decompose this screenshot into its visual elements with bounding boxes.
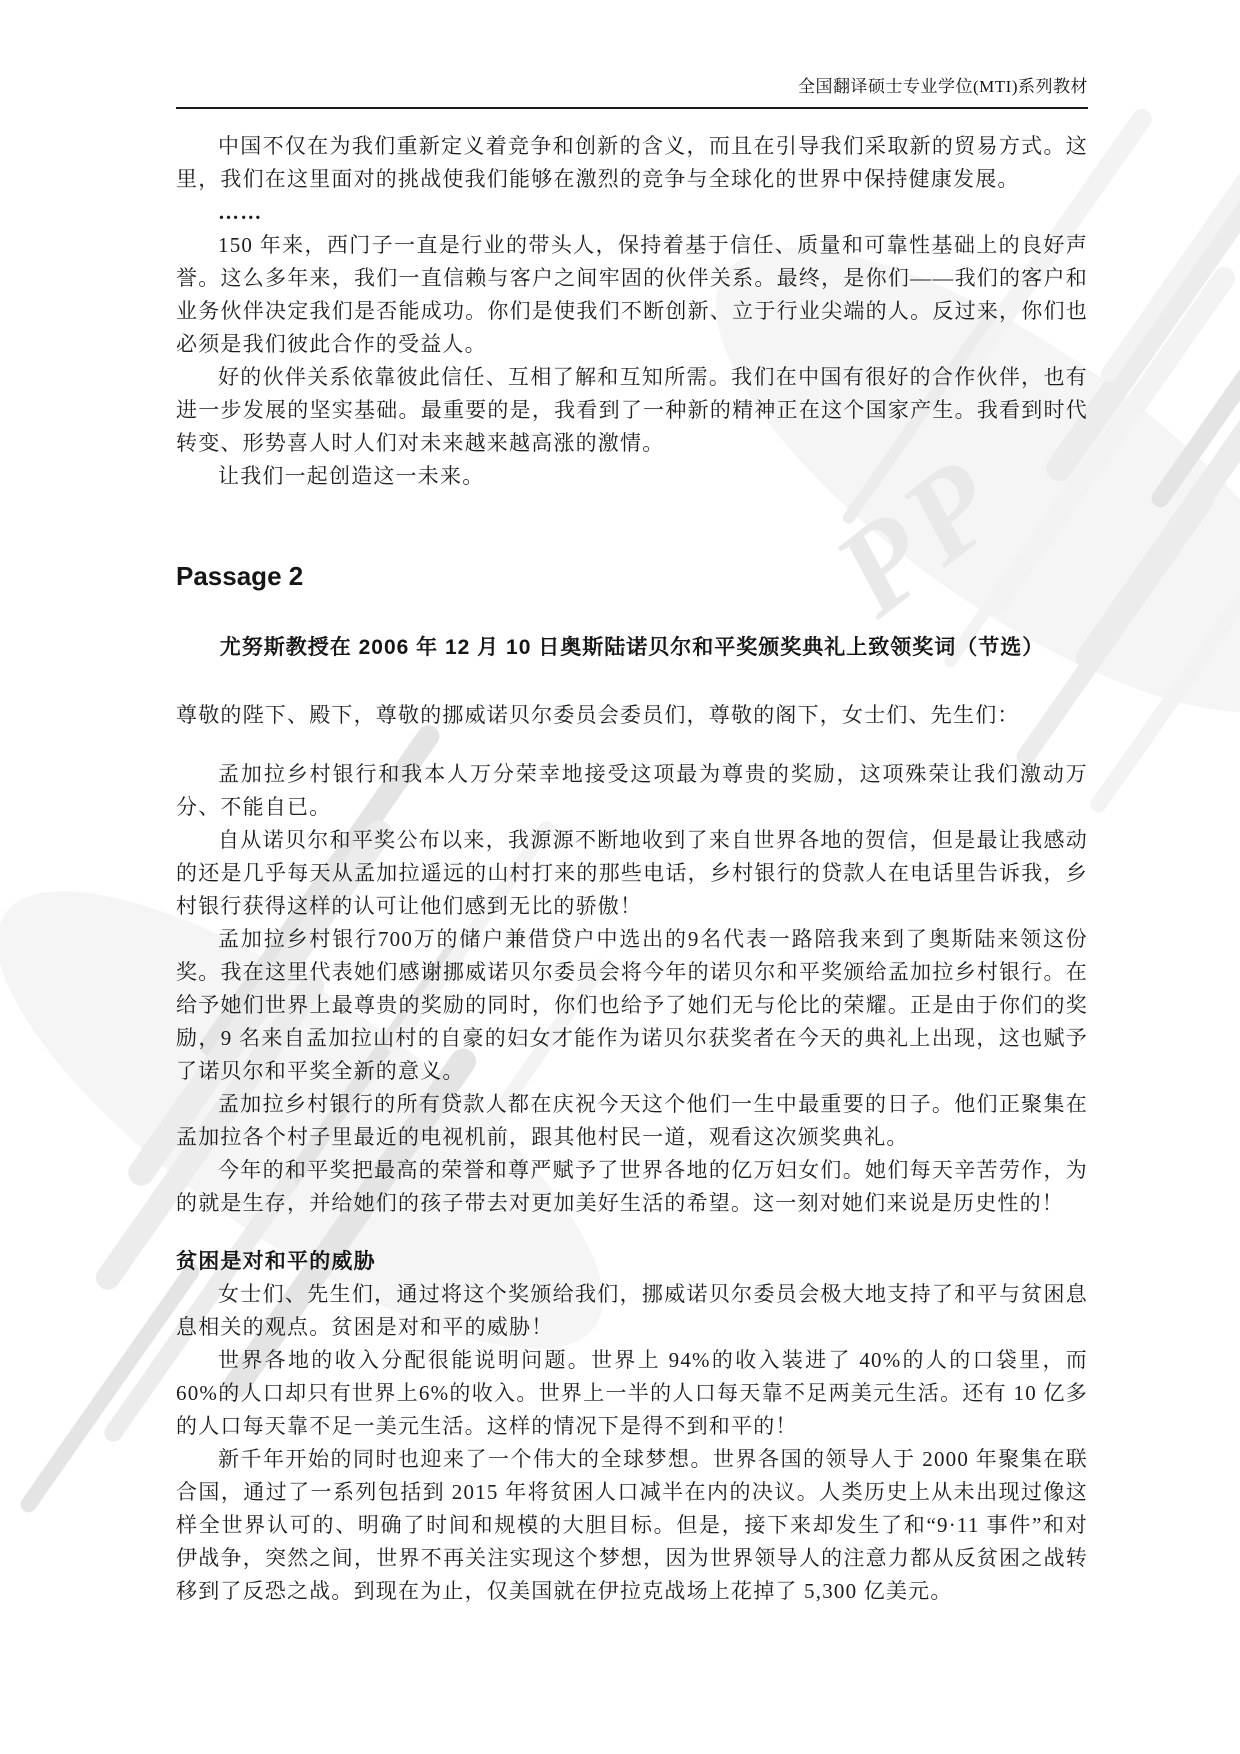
paragraph: 孟加拉乡村银行700万的储户兼借贷户中选出的9名代表一路陪我来到了奥斯陆来领这份… bbox=[176, 923, 1088, 1088]
passage2-heading: Passage 2 bbox=[176, 561, 1088, 591]
document-page: PP 全国翻译硕士专业学位(MTI)系列教材 中国不仅在为我们重新定义着竞争和创… bbox=[0, 0, 1240, 1754]
paragraph: 新千年开始的同时也迎来了一个伟大的全球梦想。世界各国的领导人于 2000 年聚集… bbox=[176, 1443, 1088, 1608]
paragraph: 今年的和平奖把最高的荣誉和尊严赋予了世界各地的亿万妇女们。她们每天辛苦劳作，为的… bbox=[176, 1154, 1088, 1220]
passage2-paragraphs: 孟加拉乡村银行和我本人万分荣幸地接受这项最为尊贵的奖励，这项殊荣让我们激动万分、… bbox=[176, 758, 1088, 1220]
paragraph: 孟加拉乡村银行和我本人万分荣幸地接受这项最为尊贵的奖励，这项殊荣让我们激动万分、… bbox=[176, 758, 1088, 824]
passage1-body: 中国不仅在为我们重新定义着竞争和创新的含义，而且在引导我们采取新的贸易方式。这里… bbox=[176, 130, 1088, 493]
salutation: 尊敬的陛下、殿下，尊敬的挪威诺贝尔委员会委员们，尊敬的阁下，女士们、先生们： bbox=[176, 699, 1088, 732]
passage2-subtitle: 尤努斯教授在 2006 年 12 月 10 日奥斯陆诺贝尔和平奖颁奖典礼上致领奖… bbox=[176, 633, 1088, 663]
paragraph: 让我们一起创造这一未来。 bbox=[176, 460, 1088, 493]
ellipsis-line: …… bbox=[176, 196, 1088, 229]
passage2-body: 尊敬的陛下、殿下，尊敬的挪威诺贝尔委员会委员们，尊敬的阁下，女士们、先生们： 孟… bbox=[176, 699, 1088, 1608]
paragraph: 孟加拉乡村银行的所有贷款人都在庆祝今天这个他们一生中最重要的日子。他们正聚集在孟… bbox=[176, 1088, 1088, 1154]
paragraph: 世界各地的收入分配很能说明问题。世界上 94%的收入装进了 40%的人的口袋里，… bbox=[176, 1344, 1088, 1443]
series-title: 全国翻译硕士专业学位(MTI)系列教材 bbox=[176, 76, 1088, 98]
header-rule bbox=[176, 107, 1088, 109]
section-heading: 贫困是对和平的威胁 bbox=[176, 1245, 1088, 1278]
paragraph: 150 年来，西门子一直是行业的带头人，保持着基于信任、质量和可靠性基础上的良好… bbox=[176, 229, 1088, 361]
page-content: 全国翻译硕士专业学位(MTI)系列教材 中国不仅在为我们重新定义着竞争和创新的含… bbox=[0, 76, 1240, 1608]
paragraph: 好的伙伴关系依靠彼此信任、互相了解和互知所需。我们在中国有很好的合作伙伴，也有进… bbox=[176, 361, 1088, 460]
paragraph: 自从诺贝尔和平奖公布以来，我源源不断地收到了来自世界各地的贺信，但是最让我感动的… bbox=[176, 824, 1088, 923]
paragraph: 中国不仅在为我们重新定义着竞争和创新的含义，而且在引导我们采取新的贸易方式。这里… bbox=[176, 130, 1088, 196]
paragraph: 女士们、先生们，通过将这个奖颁给我们，挪威诺贝尔委员会极大地支持了和平与贫困息息… bbox=[176, 1278, 1088, 1344]
